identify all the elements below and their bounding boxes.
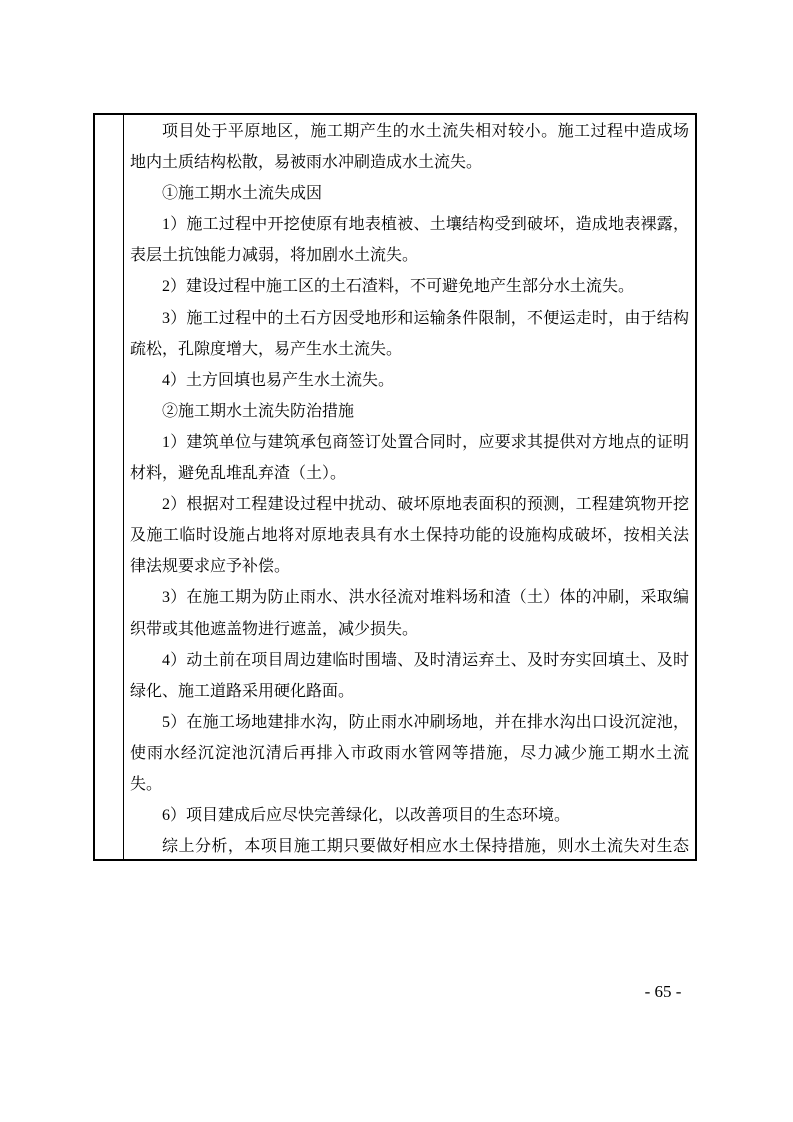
paragraph: 项目处于平原地区，施工期产生的水土流失相对较小。施工过程中造成场地内土质结构松散…: [130, 116, 689, 178]
paragraph: 1）建筑单位与建筑承包商签订处置合同时，应要求其提供对方地点的证明材料，避免乱堆…: [130, 427, 689, 489]
paragraph: 3）在施工期为防止雨水、洪水径流对堆料场和渣（土）体的冲刷，采取编织带或其他遮盖…: [130, 582, 689, 644]
report-table: 项目处于平原地区，施工期产生的水土流失相对较小。施工过程中造成场地内土质结构松散…: [93, 113, 697, 861]
paragraph: 2）根据对工程建设过程中扰动、破坏原地表面积的预测，工程建筑物开挖及施工临时设施…: [130, 489, 689, 582]
table-stub-column: [95, 115, 124, 859]
paragraph: 6）项目建成后应尽快完善绿化，以改善项目的生态环境。: [130, 800, 689, 831]
page-number: - 65 -: [623, 982, 703, 1002]
document-page: 项目处于平原地区，施工期产生的水土流失相对较小。施工过程中造成场地内土质结构松散…: [0, 0, 793, 1122]
paragraph: 4）土方回填也易产生水土流失。: [130, 365, 689, 396]
table-content-cell: 项目处于平原地区，施工期产生的水土流失相对较小。施工过程中造成场地内土质结构松散…: [124, 115, 695, 859]
paragraph: ②施工期水土流失防治措施: [130, 396, 689, 427]
paragraph: 综上分析，本项目施工期只要做好相应水土保持措施，则水土流失对生态环境的影响很小。: [130, 831, 689, 859]
paragraph: 4）动土前在项目周边建临时围墙、及时清运弃土、及时夯实回填土、及时绿化、施工道路…: [130, 645, 689, 707]
paragraph: 1）施工过程中开挖使原有地表植被、土壤结构受到破坏，造成地表裸露，表层土抗蚀能力…: [130, 209, 689, 271]
paragraph: 3）施工过程中的土石方因受地形和运输条件限制，不便运走时，由于结构疏松，孔隙度增…: [130, 303, 689, 365]
paragraph: 5）在施工场地建排水沟，防止雨水冲刷场地，并在排水沟出口设沉淀池，使雨水经沉淀池…: [130, 707, 689, 800]
paragraph: ①施工期水土流失成因: [130, 178, 689, 209]
paragraph: 2）建设过程中施工区的土石渣料，不可避免地产生部分水土流失。: [130, 271, 689, 302]
